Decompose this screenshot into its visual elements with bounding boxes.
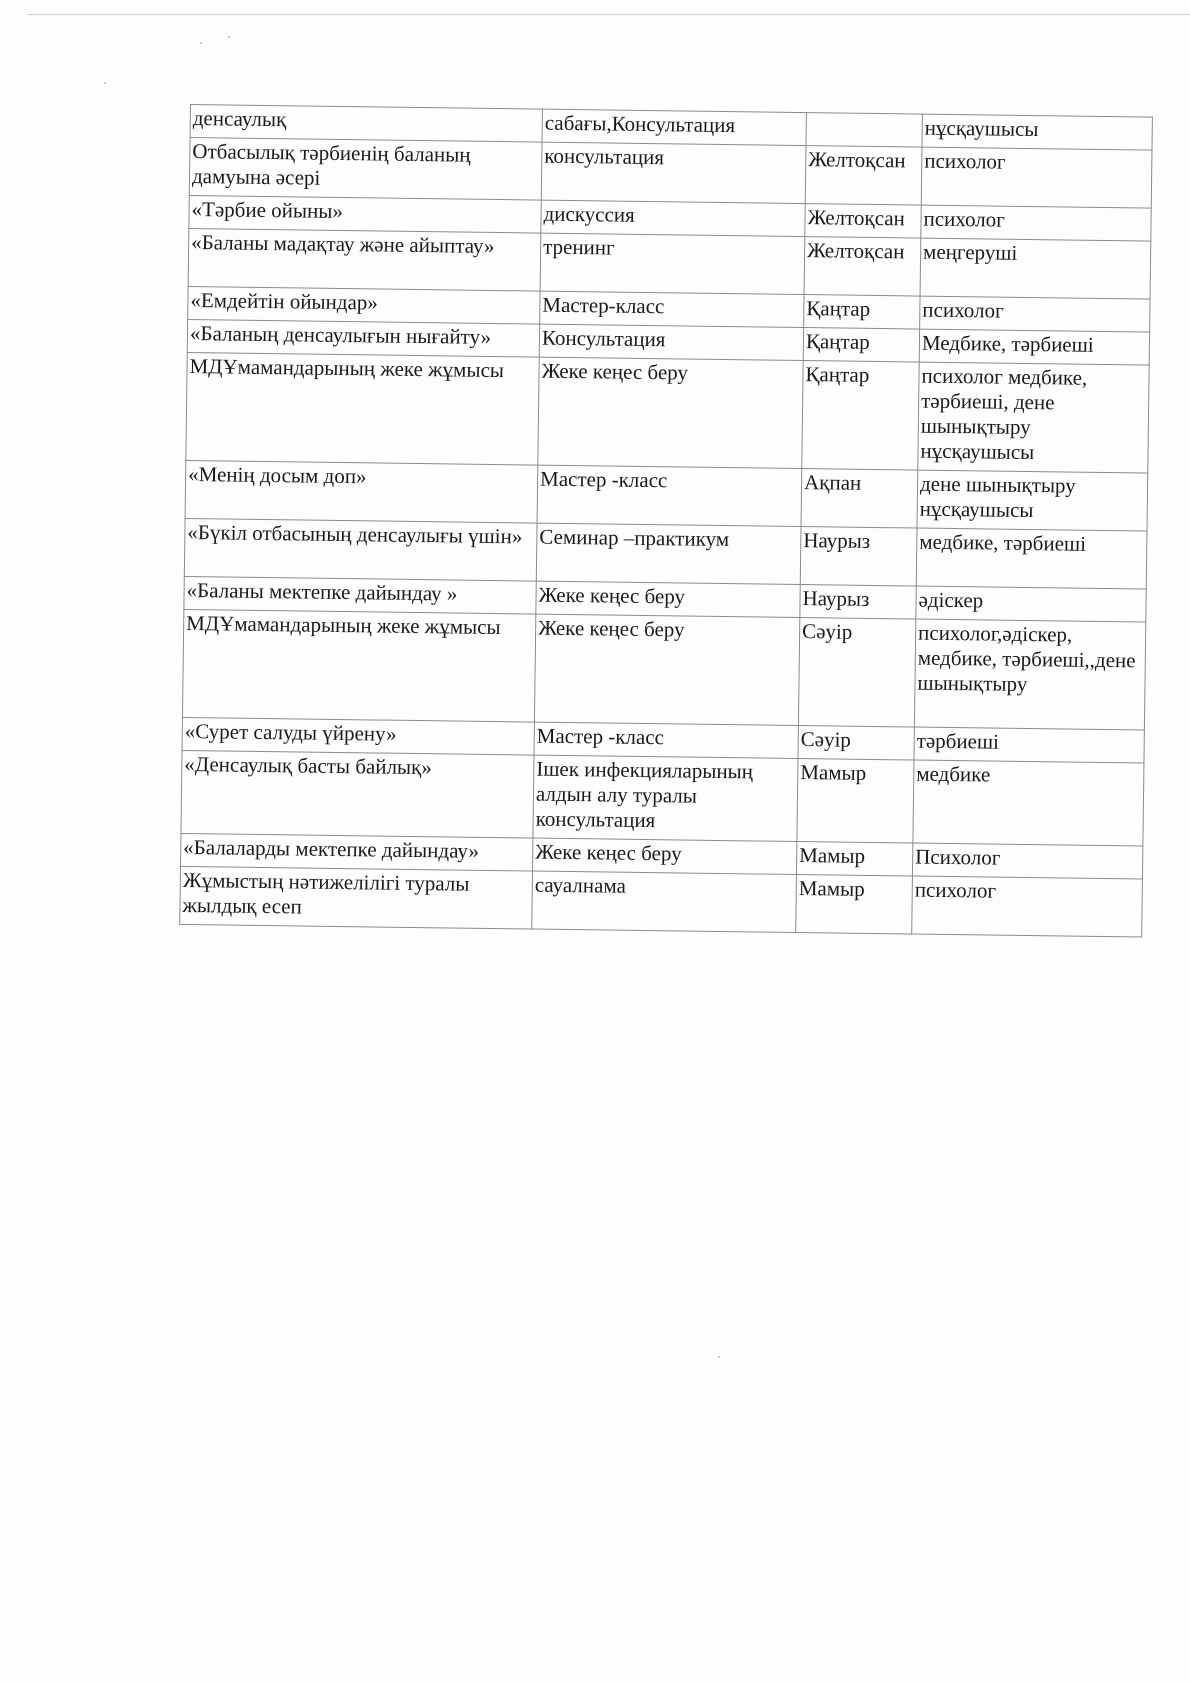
responsible-cell: психолог,әдіскер, медбике, тәрбиеші,,ден… bbox=[914, 619, 1145, 730]
table-row: МДҰмамандарының жеке жұмысыЖеке кеңес бе… bbox=[186, 352, 1149, 473]
event-cell: МДҰмамандарының жеке жұмысы bbox=[182, 609, 535, 722]
form-cell: Семинар –практикум bbox=[536, 523, 801, 584]
table-row: Жұмыстың нәтижелілігі туралы жылдық есеп… bbox=[180, 866, 1143, 937]
responsible-cell: медбике, тәрбиеші bbox=[916, 528, 1147, 589]
event-cell: «Менің досым доп» bbox=[185, 460, 538, 523]
form-cell: тренинг bbox=[540, 233, 805, 294]
month-cell: Қаңтар bbox=[802, 361, 919, 471]
month-cell: Қаңтар bbox=[803, 328, 919, 363]
month-cell: Желтоқсан bbox=[805, 204, 921, 239]
event-cell: МДҰмамандарының жеке жұмысы bbox=[186, 352, 539, 465]
scan-speck bbox=[104, 82, 106, 84]
table-row: МДҰмамандарының жеке жұмысыЖеке кеңес бе… bbox=[182, 609, 1145, 730]
event-cell: «Баланың денсаулығын нығайту» bbox=[187, 319, 539, 357]
form-cell: Жеке кеңес беру bbox=[532, 838, 796, 874]
month-cell: Наурыз bbox=[800, 527, 917, 587]
event-cell: Отбасылық тәрбиенің баланың дамуына әсер… bbox=[189, 138, 542, 201]
form-cell: Мастер -класс bbox=[537, 465, 802, 526]
event-cell: «Бүкіл отбасының денсаулығы үшін» bbox=[184, 518, 537, 581]
form-cell: Ішек инфекцияларының алдын алу туралы ко… bbox=[533, 755, 798, 841]
scan-speck bbox=[200, 42, 202, 44]
month-cell: Қаңтар bbox=[804, 295, 920, 330]
form-cell: Консультация bbox=[539, 324, 803, 360]
form-cell: Мастер-класс bbox=[540, 291, 804, 327]
month-cell bbox=[806, 113, 922, 148]
month-cell: Желтоқсан bbox=[805, 146, 922, 206]
form-cell: Мастер -класс bbox=[534, 722, 798, 758]
month-cell: Мамыр bbox=[796, 842, 912, 877]
event-cell: «Балаларды мектепке дайындау» bbox=[181, 833, 533, 871]
responsible-cell: меңгеруші bbox=[920, 238, 1151, 299]
event-cell: «Денсаулық басты байлық» bbox=[181, 750, 534, 838]
form-cell: Жеке кеңес беру bbox=[536, 581, 800, 617]
event-cell: денсаулық bbox=[190, 105, 542, 143]
event-cell: «Баланы мадақтау және айыптау» bbox=[188, 228, 541, 291]
table-body: денсаулықсабағы,КонсультациянұсқаушысыОт… bbox=[180, 105, 1153, 938]
responsible-cell: нұсқаушысы bbox=[922, 114, 1152, 150]
scan-speck bbox=[228, 36, 230, 38]
month-cell: Желтоқсан bbox=[804, 237, 921, 297]
form-cell: сауалнама bbox=[532, 871, 797, 932]
responsible-cell: психолог bbox=[921, 147, 1152, 208]
form-cell: консультация bbox=[541, 142, 806, 203]
activity-plan-table: денсаулықсабағы,КонсультациянұсқаушысыОт… bbox=[179, 104, 1153, 938]
responsible-cell: психолог bbox=[912, 876, 1143, 937]
responsible-cell: Психолог bbox=[912, 843, 1142, 879]
responsible-cell: психолог bbox=[920, 296, 1150, 332]
event-cell: «Баланы мектепке дайындау » bbox=[184, 576, 536, 614]
responsible-cell: тәрбиеші bbox=[914, 727, 1144, 763]
responsible-cell: психолог медбике, тәрбиеші, дене шынықты… bbox=[918, 362, 1149, 473]
month-cell: Ақпан bbox=[801, 469, 918, 529]
event-cell: Жұмыстың нәтижелілігі туралы жылдық есеп bbox=[180, 866, 533, 929]
event-cell: «Сурет салуды үйрену» bbox=[182, 717, 534, 755]
month-cell: Мамыр bbox=[796, 875, 913, 935]
month-cell: Сәуір bbox=[798, 618, 915, 728]
document-page: денсаулықсабағы,КонсультациянұсқаушысыОт… bbox=[179, 104, 1152, 938]
month-cell: Мамыр bbox=[797, 759, 914, 844]
event-cell: «Тәрбие ойыны» bbox=[189, 195, 541, 233]
responsible-cell: медбике bbox=[913, 760, 1144, 846]
form-cell: Жеке кеңес беру bbox=[534, 614, 799, 725]
month-cell: Сәуір bbox=[798, 726, 914, 761]
form-cell: сабағы,Консультация bbox=[542, 109, 806, 145]
responsible-cell: Медбике, тәрбиеші bbox=[919, 329, 1149, 365]
responsible-cell: әдіскер bbox=[916, 586, 1146, 622]
month-cell: Наурыз bbox=[800, 585, 916, 620]
form-cell: Жеке кеңес беру bbox=[538, 357, 803, 468]
event-cell: «Емдейтін ойындар» bbox=[188, 286, 540, 324]
table-row: «Денсаулық басты байлық»Ішек инфекциялар… bbox=[181, 750, 1144, 846]
responsible-cell: дене шынықтыру нұсқаушысы bbox=[917, 470, 1148, 531]
form-cell: дискуссия bbox=[541, 200, 805, 236]
responsible-cell: психолог bbox=[921, 205, 1151, 241]
scan-edge-line bbox=[28, 14, 1190, 15]
scan-speck bbox=[718, 1356, 720, 1358]
